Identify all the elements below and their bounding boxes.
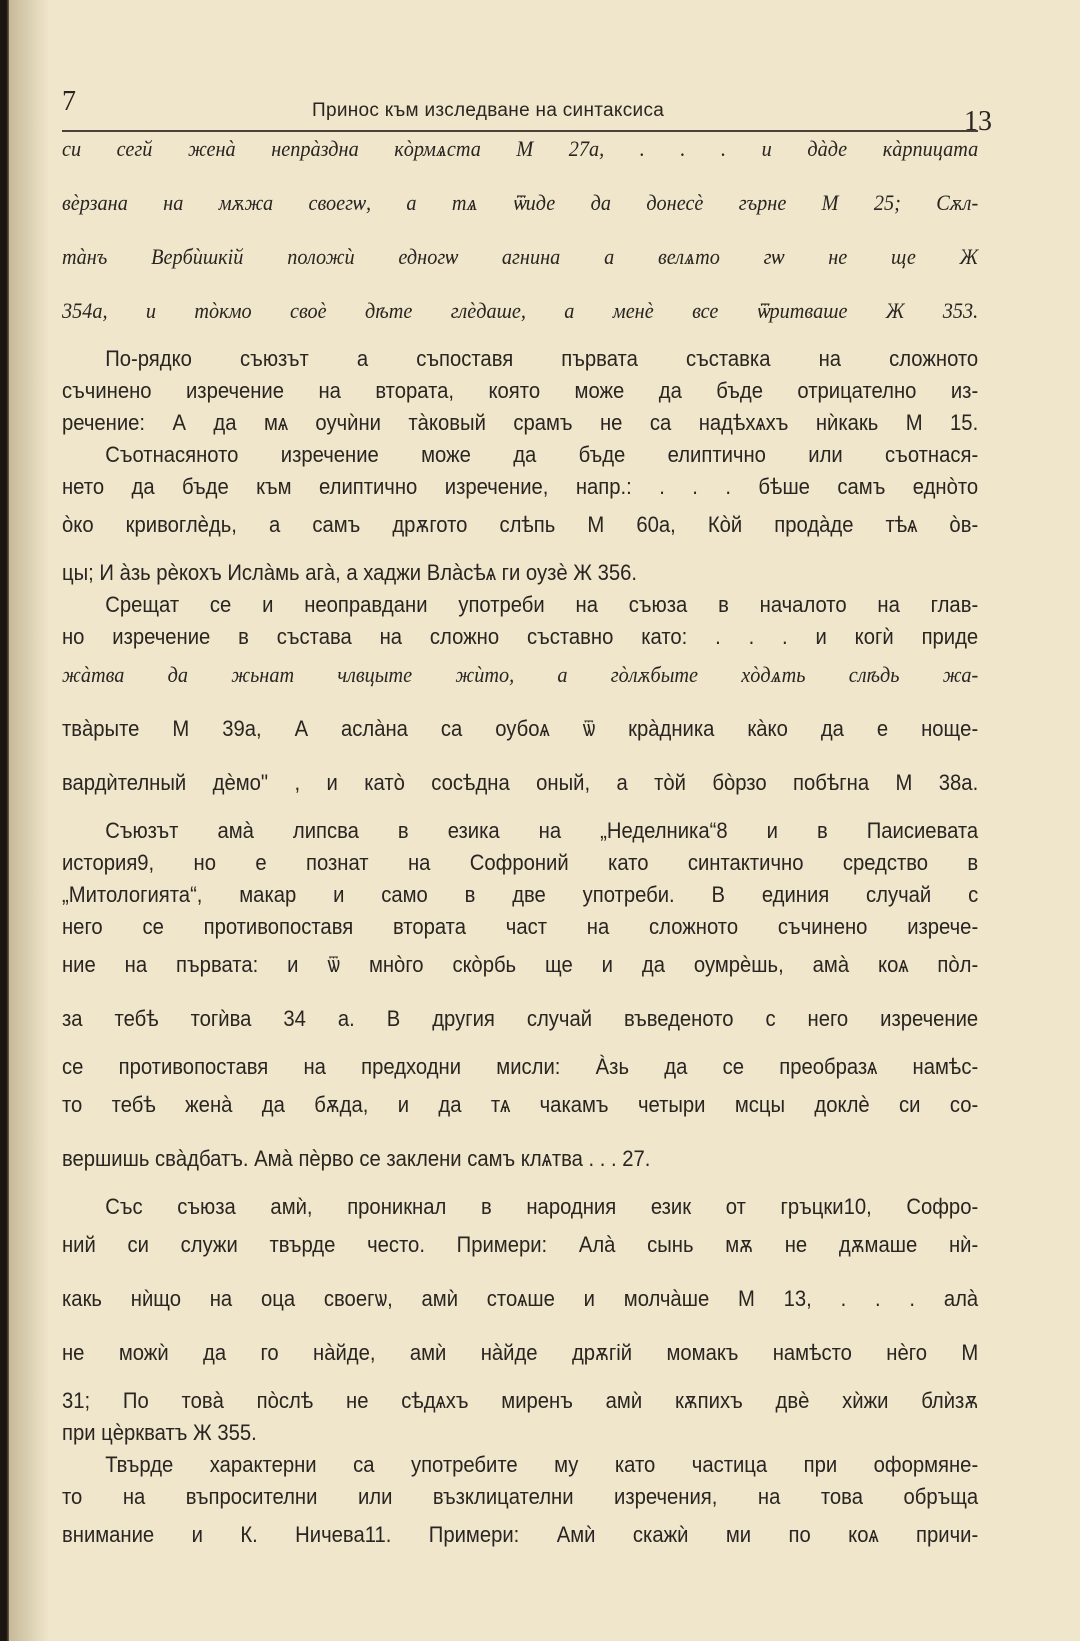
- text-line: Срещат се и неоправдани употреби на съюз…: [62, 594, 978, 626]
- paragraph: Съотнасяното изречение може да бъде елип…: [62, 444, 978, 594]
- running-header: 7 Принос към изследване на синтаксиса 13: [62, 86, 978, 132]
- signature-mark: 7: [62, 86, 76, 118]
- text-line: при цèркватъ Ж 355.: [62, 1422, 978, 1454]
- paragraph: Със съюза амѝ, проникнал в народния език…: [62, 1196, 978, 1454]
- text-line: òко кривоглèдь, а самъ дрѫгото слѣпь М 6…: [62, 508, 978, 562]
- text-line: речение: А да мѧ оучѝни тàковый срамъ не…: [62, 412, 978, 444]
- text-line: нето да бъде към елиптично изречение, на…: [62, 476, 978, 508]
- text-line: не можѝ да го нàйде, амѝ нàйде дрѫгій мо…: [62, 1336, 978, 1390]
- page-gutter-shadow: [9, 0, 49, 1641]
- text-line: вардѝтелный дèмо" , и катò сосѣдна оный,…: [62, 766, 978, 820]
- text-line: се противопоставя на предходни мисли: Àз…: [62, 1056, 978, 1088]
- text-line: Със съюза амѝ, проникнал в народния език…: [62, 1196, 978, 1228]
- text-line: ний си служи твърде често. Примери: Алà …: [62, 1228, 978, 1282]
- paragraph: си сегй женà непрàздна кòрмѧста М 27а, .…: [62, 132, 978, 348]
- text-line: твàрыте М 39а, А аслàна са оубоѧ ѿ крàдн…: [62, 712, 978, 766]
- text-line: история9, но е познат на Софроний като с…: [62, 852, 978, 884]
- text-line: Съотнасяното изречение може да бъде елип…: [62, 444, 978, 476]
- text-line: вершишь свàдбатъ. Амà пèрво се заклени с…: [62, 1142, 978, 1196]
- text-line: какь нѝщо на оца своегѡ, амѝ стоѧше и мо…: [62, 1282, 978, 1336]
- text-line: то на въпросителни или възклицателни изр…: [62, 1486, 978, 1518]
- text-line: вèрзана на мѫжа своегѡ, а тѧ ѿиде да дон…: [62, 186, 978, 240]
- paragraph: Срещат се и неоправдани употреби на съюз…: [62, 594, 978, 820]
- text-line: цы; И àзь рèкохъ Ислàмь агà, а хаджи Влà…: [62, 562, 978, 594]
- text-line: „Митологията“, макар и само в две употре…: [62, 884, 978, 916]
- running-title: Принос към изследване на синтаксиса: [312, 100, 664, 122]
- paragraph: Твърде характерни са употребите му като …: [62, 1454, 978, 1572]
- text-line: жàтва да жьнат члвцыте жѝто, а гòлѫбыте …: [62, 658, 978, 712]
- text-line: внимание и К. Ничева11. Примери: Амѝ ска…: [62, 1518, 978, 1572]
- text-line: По-рядко съюзът а съпоставя първата съст…: [62, 348, 978, 380]
- text-line: за тебѣ тогѝва 34 а. В другия случай във…: [62, 1002, 978, 1056]
- text-line: то тебѣ женà да бѫда, и да тѧ чакамъ чет…: [62, 1088, 978, 1142]
- text-line: него се противопоставя втората част на с…: [62, 916, 978, 948]
- book-binding-edge: [0, 0, 9, 1641]
- scanned-page: 7 Принос към изследване на синтаксиса 13…: [62, 86, 978, 1572]
- text-line: си сегй женà непрàздна кòрмѧста М 27а, .…: [62, 132, 978, 186]
- paragraph: Съюзът амà липсва в езика на „Неделника“…: [62, 820, 978, 1196]
- body-text: си сегй женà непрàздна кòрмѧста М 27а, .…: [62, 132, 978, 1572]
- text-line: Съюзът амà липсва в езика на „Неделника“…: [62, 820, 978, 852]
- text-line: 354а, и тòкмо своè дѣте глèдаше, а менè …: [62, 294, 978, 348]
- text-line: Твърде характерни са употребите му като …: [62, 1454, 978, 1486]
- text-line: тàнъ Вербѝшкій положѝ едногѡ агнина а ве…: [62, 240, 978, 294]
- text-line: 31; По товà пòслѣ не сѣдѧхъ миренъ амѝ к…: [62, 1390, 978, 1422]
- text-line: но изречение в състава на сложно съставн…: [62, 626, 978, 658]
- paragraph: По-рядко съюзът а съпоставя първата съст…: [62, 348, 978, 444]
- text-line: ние на първата: и ѿ мнòго скòрбь ще и да…: [62, 948, 978, 1002]
- text-line: съчинено изречение на втората, която мож…: [62, 380, 978, 412]
